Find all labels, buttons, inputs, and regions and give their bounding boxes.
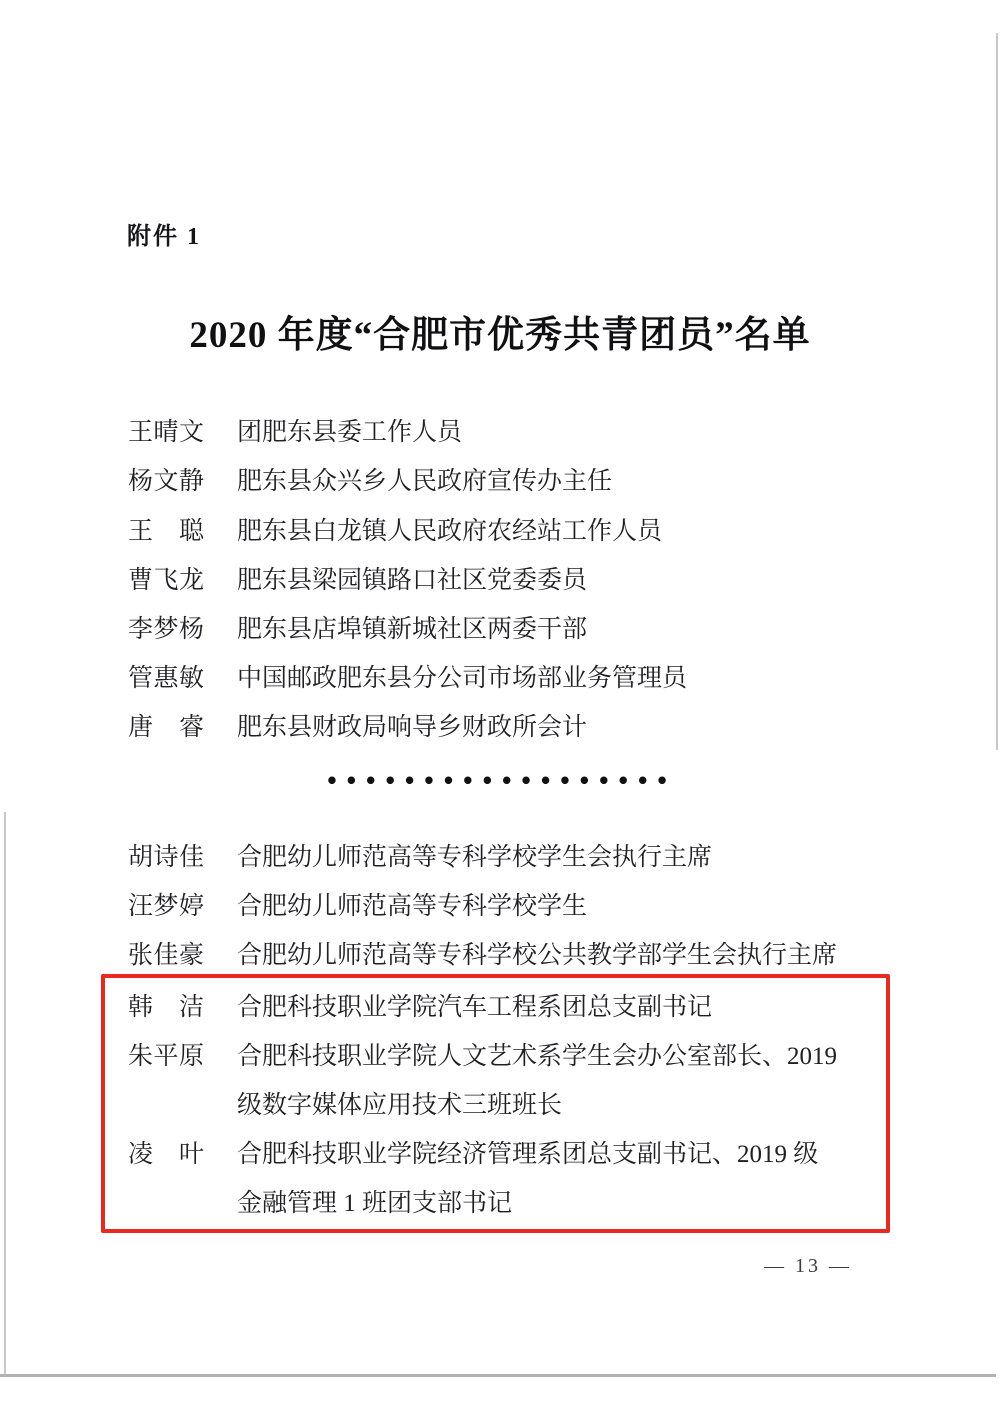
- member-name: 李梦杨: [128, 615, 204, 644]
- member-name: 唐睿: [128, 713, 204, 742]
- member-name: 曹飞龙: [128, 566, 204, 595]
- member-position: 合肥幼儿师范高等专科学校学生会执行主席: [237, 843, 712, 872]
- highlight-box: [101, 974, 890, 1233]
- page-number: — 13 —: [764, 1255, 852, 1278]
- document-page: 附件 1 2020 年度“合肥市优秀共青团员”名单 ••••••••••••••…: [0, 0, 1000, 1414]
- member-position: 合肥幼儿师范高等专科学校公共教学部学生会执行主席: [237, 941, 837, 970]
- member-position: 肥东县众兴乡人民政府宣传办主任: [237, 467, 612, 496]
- member-name: 管惠敏: [128, 664, 204, 693]
- member-position: 合肥幼儿师范高等专科学校学生: [237, 892, 587, 921]
- member-position: 团肥东县委工作人员: [237, 418, 462, 447]
- member-name: 杨文静: [128, 467, 204, 496]
- member-position: 肥东县白龙镇人民政府农经站工作人员: [237, 517, 662, 546]
- member-name: 汪梦婷: [128, 892, 204, 921]
- member-name: 王晴文: [128, 418, 204, 447]
- member-position: 中国邮政肥东县分公司市场部业务管理员: [237, 664, 687, 693]
- member-position: 肥东县店埠镇新城社区两委干部: [237, 615, 587, 644]
- member-name: 王聪: [128, 517, 204, 546]
- member-name: 张佳豪: [128, 941, 204, 970]
- member-position: 肥东县财政局响导乡财政所会计: [237, 713, 587, 742]
- member-position: 肥东县梁园镇路口社区党委委员: [237, 566, 587, 595]
- member-name: 胡诗佳: [128, 843, 204, 872]
